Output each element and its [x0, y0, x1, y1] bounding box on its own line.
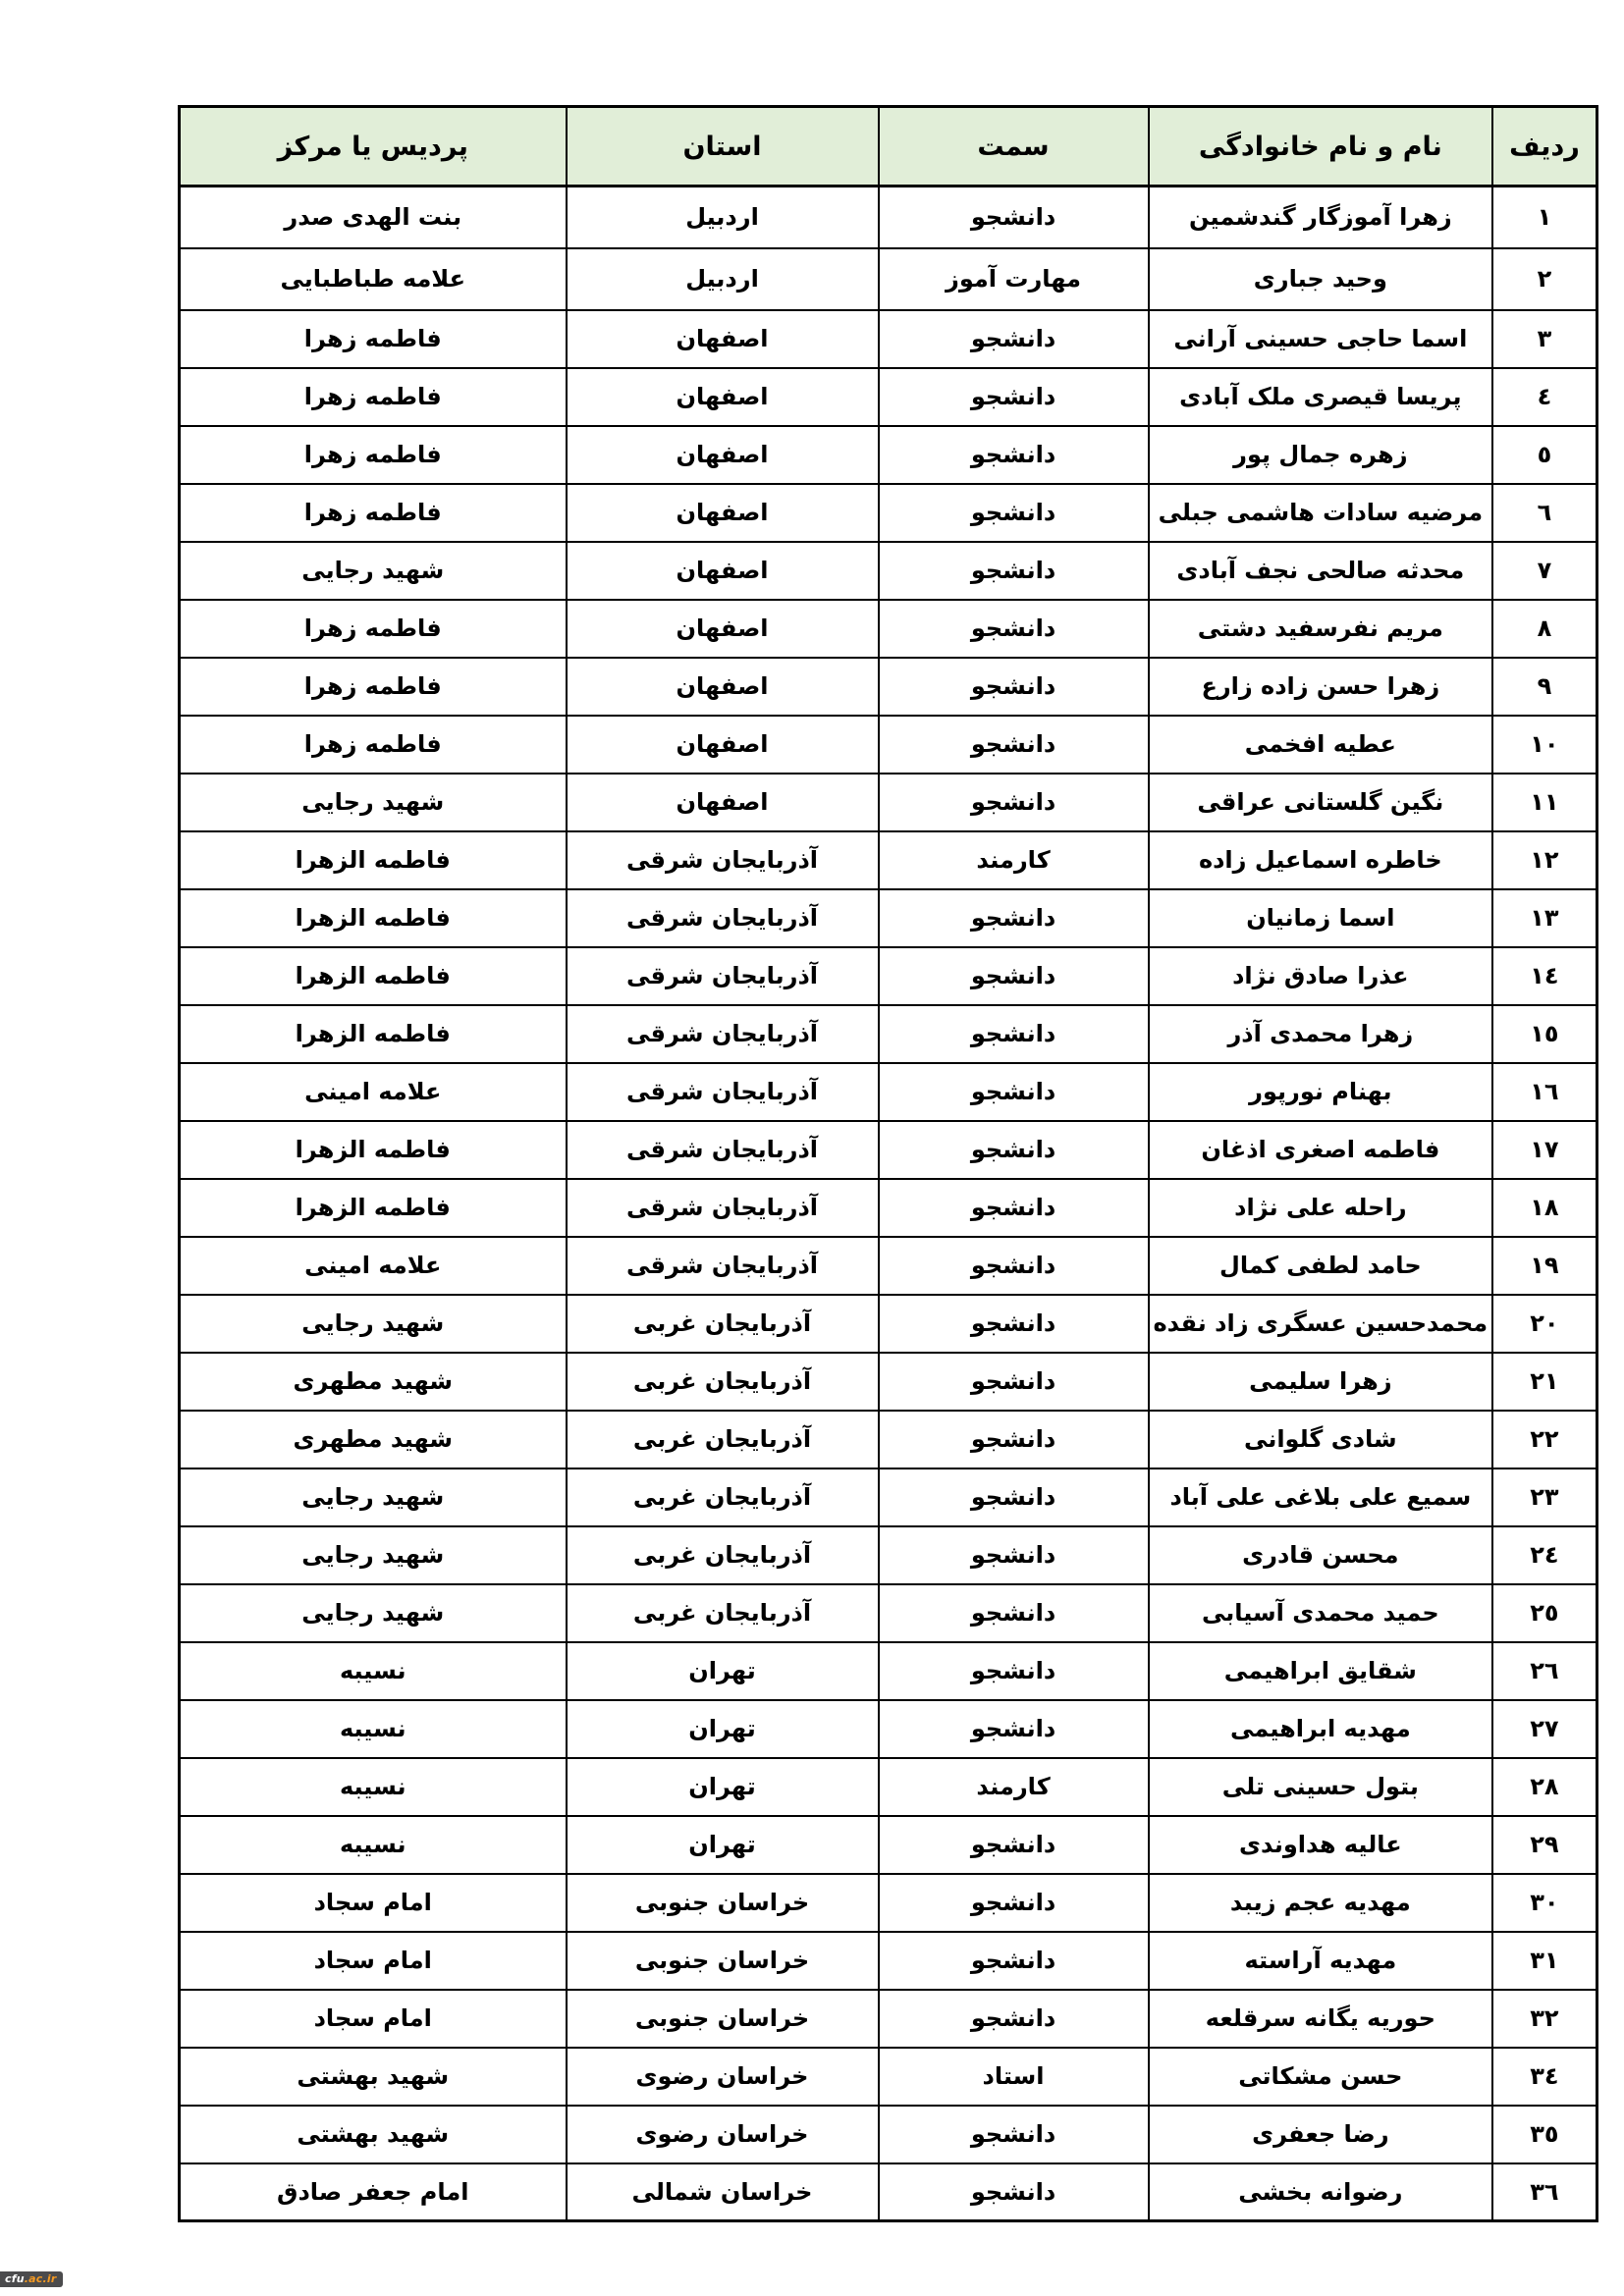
campus-cell: شهید رجایی [180, 1295, 567, 1353]
campus-cell: فاطمه الزهرا [180, 889, 567, 947]
row-index-cell: ۲۲ [1492, 1411, 1597, 1468]
campus-cell: فاطمه زهرا [180, 310, 567, 368]
province-cell: آذربایجان شرقی [567, 1179, 879, 1237]
row-index-cell: ۹ [1492, 658, 1597, 716]
position-cell: دانشجو [879, 947, 1149, 1005]
campus-cell: فاطمه زهرا [180, 426, 567, 484]
table-row: ۳۱ مهدیه آراسته دانشجو خراسان جنوبی امام… [180, 1932, 1597, 1990]
full-name-cell: بتول حسینی تلی [1149, 1758, 1493, 1816]
column-header-radif: ردیف [1492, 107, 1597, 187]
table-row: ۳۰ مهدیه عجم زیبد دانشجو خراسان جنوبی ام… [180, 1874, 1597, 1932]
full-name-cell: مهدیه آراسته [1149, 1932, 1493, 1990]
row-index-cell: ۲۰ [1492, 1295, 1597, 1353]
campus-cell: شهید رجایی [180, 1584, 567, 1642]
campus-cell: نسیبه [180, 1758, 567, 1816]
campus-cell: امام سجاد [180, 1932, 567, 1990]
table-row: ۲۹ عالیه هداوندی دانشجو تهران نسیبه [180, 1816, 1597, 1874]
column-header-position: سمت [879, 107, 1149, 187]
full-name-cell: حوریه یگانه سرقلعه [1149, 1990, 1493, 2048]
row-index-cell: ۳٦ [1492, 2163, 1597, 2221]
full-name-cell: محسن قادری [1149, 1526, 1493, 1584]
campus-cell: شهید رجایی [180, 1526, 567, 1584]
table-row: ۷ محدثه صالحی نجف آبادی دانشجو اصفهان شه… [180, 542, 1597, 600]
province-cell: اردبیل [567, 248, 879, 310]
province-cell: اردبیل [567, 187, 879, 248]
full-name-cell: زهرا سلیمی [1149, 1353, 1493, 1411]
full-name-cell: مرضیه سادات هاشمی جبلی [1149, 484, 1493, 542]
position-cell: دانشجو [879, 1005, 1149, 1063]
row-index-cell: ۲۷ [1492, 1700, 1597, 1758]
full-name-cell: مهدیه ابراهیمی [1149, 1700, 1493, 1758]
position-cell: دانشجو [879, 1584, 1149, 1642]
position-cell: کارمند [879, 1758, 1149, 1816]
watermark-prefix: cfu [5, 2272, 25, 2285]
province-cell: آذربایجان غربی [567, 1468, 879, 1526]
scanned-document-page: { "table": { "header": { "bg": "#e1eed8"… [0, 0, 1624, 2296]
campus-cell: بنت الهدی صدر [180, 187, 567, 248]
table-row: ۲۱ زهرا سلیمی دانشجو آذربایجان غربی شهید… [180, 1353, 1597, 1411]
campus-cell: علامه امینی [180, 1237, 567, 1295]
row-index-cell: ۱۸ [1492, 1179, 1597, 1237]
full-name-cell: زهرا حسن زاده زارع [1149, 658, 1493, 716]
row-index-cell: ۲۱ [1492, 1353, 1597, 1411]
full-name-cell: رضوانه بخشی [1149, 2163, 1493, 2221]
row-index-cell: ۳۰ [1492, 1874, 1597, 1932]
position-cell: دانشجو [879, 1700, 1149, 1758]
position-cell: دانشجو [879, 1816, 1149, 1874]
province-cell: آذربایجان غربی [567, 1526, 879, 1584]
province-cell: خراسان جنوبی [567, 1932, 879, 1990]
row-index-cell: ۱۳ [1492, 889, 1597, 947]
row-index-cell: ۱٤ [1492, 947, 1597, 1005]
table-row: ۳ اسما حاجی حسینی آرانی دانشجو اصفهان فا… [180, 310, 1597, 368]
full-name-cell: شادی گلوانی [1149, 1411, 1493, 1468]
province-cell: آذربایجان غربی [567, 1411, 879, 1468]
campus-cell: امام جعفر صادق [180, 2163, 567, 2221]
row-index-cell: ۱۹ [1492, 1237, 1597, 1295]
province-cell: اصفهان [567, 658, 879, 716]
province-cell: آذربایجان شرقی [567, 831, 879, 889]
row-index-cell: ۲۹ [1492, 1816, 1597, 1874]
campus-cell: علامه امینی [180, 1063, 567, 1121]
province-cell: آذربایجان شرقی [567, 1121, 879, 1179]
position-cell: دانشجو [879, 1121, 1149, 1179]
full-name-cell: محدثه صالحی نجف آبادی [1149, 542, 1493, 600]
table-row: ۱۱ نگین گلستانی عراقی دانشجو اصفهان شهید… [180, 774, 1597, 831]
position-cell: دانشجو [879, 2106, 1149, 2163]
row-index-cell: ۱۱ [1492, 774, 1597, 831]
table-row: ۱۲ خاطره اسماعیل زاده کارمند آذربایجان ش… [180, 831, 1597, 889]
full-name-cell: زهرا آموزگار گندشمین [1149, 187, 1493, 248]
position-cell: دانشجو [879, 1990, 1149, 2048]
full-name-cell: زهرا محمدی آذر [1149, 1005, 1493, 1063]
position-cell: دانشجو [879, 1179, 1149, 1237]
province-cell: اصفهان [567, 542, 879, 600]
table-row: ۱۰ عطیه افخمی دانشجو اصفهان فاطمه زهرا [180, 716, 1597, 774]
row-index-cell: ۱۲ [1492, 831, 1597, 889]
full-name-cell: حامد لطفی کمال [1149, 1237, 1493, 1295]
province-cell: آذربایجان شرقی [567, 1237, 879, 1295]
column-header-name: نام و نام خانوادگی [1149, 107, 1493, 187]
table-row: ۱۹ حامد لطفی کمال دانشجو آذربایجان شرقی … [180, 1237, 1597, 1295]
full-name-cell: عطیه افخمی [1149, 716, 1493, 774]
row-index-cell: ۱٦ [1492, 1063, 1597, 1121]
full-name-cell: مهدیه عجم زیبد [1149, 1874, 1493, 1932]
table-row: ۱۳ اسما زمانیان دانشجو آذربایجان شرقی فا… [180, 889, 1597, 947]
row-index-cell: ۲٦ [1492, 1642, 1597, 1700]
province-cell: تهران [567, 1758, 879, 1816]
province-cell: اصفهان [567, 600, 879, 658]
province-cell: آذربایجان شرقی [567, 1005, 879, 1063]
position-cell: دانشجو [879, 1874, 1149, 1932]
row-index-cell: ٥ [1492, 426, 1597, 484]
province-cell: خراسان جنوبی [567, 1874, 879, 1932]
full-name-cell: حسن مشکاتی [1149, 2048, 1493, 2106]
province-cell: تهران [567, 1816, 879, 1874]
row-index-cell: ۳۲ [1492, 1990, 1597, 2048]
position-cell: دانشجو [879, 2163, 1149, 2221]
campus-cell: شهید رجایی [180, 1468, 567, 1526]
position-cell: دانشجو [879, 1411, 1149, 1468]
row-index-cell: ۲۸ [1492, 1758, 1597, 1816]
full-name-cell: سمیع علی بلاغی علی آباد [1149, 1468, 1493, 1526]
position-cell: دانشجو [879, 716, 1149, 774]
table-row: ٦ مرضیه سادات هاشمی جبلی دانشجو اصفهان ف… [180, 484, 1597, 542]
table-row: ۸ مریم نفرسفید دشتی دانشجو اصفهان فاطمه … [180, 600, 1597, 658]
row-index-cell: ۱ [1492, 187, 1597, 248]
province-cell: خراسان رضوی [567, 2048, 879, 2106]
province-cell: اصفهان [567, 368, 879, 426]
column-header-province: استان [567, 107, 879, 187]
position-cell: دانشجو [879, 368, 1149, 426]
full-name-cell: شقایق ابراهیمی [1149, 1642, 1493, 1700]
campus-cell: نسیبه [180, 1816, 567, 1874]
province-cell: اصفهان [567, 310, 879, 368]
full-name-cell: مریم نفرسفید دشتی [1149, 600, 1493, 658]
position-cell: دانشجو [879, 484, 1149, 542]
campus-cell: نسیبه [180, 1642, 567, 1700]
table-row: ۲۸ بتول حسینی تلی کارمند تهران نسیبه [180, 1758, 1597, 1816]
campus-cell: امام سجاد [180, 1990, 567, 2048]
position-cell: دانشجو [879, 1468, 1149, 1526]
province-cell: آذربایجان شرقی [567, 947, 879, 1005]
full-name-cell: عذرا صادق نژاد [1149, 947, 1493, 1005]
province-cell: آذربایجان غربی [567, 1584, 879, 1642]
province-cell: خراسان شمالی [567, 2163, 879, 2221]
position-cell: دانشجو [879, 1237, 1149, 1295]
position-cell: دانشجو [879, 187, 1149, 248]
row-index-cell: ۳ [1492, 310, 1597, 368]
campus-cell: فاطمه الزهرا [180, 1179, 567, 1237]
position-cell: مهارت آموز [879, 248, 1149, 310]
province-cell: آذربایجان غربی [567, 1295, 879, 1353]
full-name-cell: محمدحسین عسگری زاد نقده [1149, 1295, 1493, 1353]
full-name-cell: زهره جمال پور [1149, 426, 1493, 484]
full-name-cell: فاطمه اصغری اذغان [1149, 1121, 1493, 1179]
province-cell: خراسان جنوبی [567, 1990, 879, 2048]
campus-cell: امام سجاد [180, 1874, 567, 1932]
table-row: ۳٥ رضا جعفری دانشجو خراسان رضوی شهید بهش… [180, 2106, 1597, 2163]
position-cell: دانشجو [879, 1063, 1149, 1121]
campus-cell: شهید بهشتی [180, 2106, 567, 2163]
position-cell: دانشجو [879, 1642, 1149, 1700]
campus-cell: شهید مطهری [180, 1411, 567, 1468]
full-name-cell: عالیه هداوندی [1149, 1816, 1493, 1874]
full-name-cell: نگین گلستانی عراقی [1149, 774, 1493, 831]
table-row: ٥ زهره جمال پور دانشجو اصفهان فاطمه زهرا [180, 426, 1597, 484]
roster-table-wrap: ردیف نام و نام خانوادگی سمت استان پردیس … [178, 105, 1598, 2222]
position-cell: دانشجو [879, 774, 1149, 831]
table-row: ۱۸ راحله علی نژاد دانشجو آذربایجان شرقی … [180, 1179, 1597, 1237]
full-name-cell: وحید جباری [1149, 248, 1493, 310]
full-name-cell: خاطره اسماعیل زاده [1149, 831, 1493, 889]
campus-cell: فاطمه زهرا [180, 368, 567, 426]
table-row: ۲٦ شقایق ابراهیمی دانشجو تهران نسیبه [180, 1642, 1597, 1700]
position-cell: دانشجو [879, 1353, 1149, 1411]
table-row: ۳۲ حوریه یگانه سرقلعه دانشجو خراسان جنوب… [180, 1990, 1597, 2048]
province-cell: خراسان رضوی [567, 2106, 879, 2163]
row-index-cell: ۳٤ [1492, 2048, 1597, 2106]
table-row: ۲۳ سمیع علی بلاغی علی آباد دانشجو آذربای… [180, 1468, 1597, 1526]
province-cell: اصفهان [567, 774, 879, 831]
position-cell: دانشجو [879, 889, 1149, 947]
position-cell: استاد [879, 2048, 1149, 2106]
campus-cell: شهید بهشتی [180, 2048, 567, 2106]
position-cell: دانشجو [879, 542, 1149, 600]
full-name-cell: پریسا قیصری ملک آبادی [1149, 368, 1493, 426]
table-row: ۹ زهرا حسن زاده زارع دانشجو اصفهان فاطمه… [180, 658, 1597, 716]
campus-cell: شهید مطهری [180, 1353, 567, 1411]
full-name-cell: راحله علی نژاد [1149, 1179, 1493, 1237]
row-index-cell: ۱٥ [1492, 1005, 1597, 1063]
row-index-cell: ۱۷ [1492, 1121, 1597, 1179]
campus-cell: شهید رجایی [180, 542, 567, 600]
province-cell: آذربایجان غربی [567, 1353, 879, 1411]
position-cell: دانشجو [879, 1526, 1149, 1584]
column-header-campus: پردیس یا مرکز [180, 107, 567, 187]
row-index-cell: ۳٥ [1492, 2106, 1597, 2163]
row-index-cell: ۲۳ [1492, 1468, 1597, 1526]
full-name-cell: رضا جعفری [1149, 2106, 1493, 2163]
row-index-cell: ۷ [1492, 542, 1597, 600]
participants-table: ردیف نام و نام خانوادگی سمت استان پردیس … [178, 105, 1598, 2222]
row-index-cell: ۳۱ [1492, 1932, 1597, 1990]
position-cell: دانشجو [879, 426, 1149, 484]
full-name-cell: اسما زمانیان [1149, 889, 1493, 947]
campus-cell: فاطمه الزهرا [180, 947, 567, 1005]
campus-cell: فاطمه الزهرا [180, 1121, 567, 1179]
table-row: ۱۷ فاطمه اصغری اذغان دانشجو آذربایجان شر… [180, 1121, 1597, 1179]
province-cell: تهران [567, 1700, 879, 1758]
campus-cell: فاطمه زهرا [180, 484, 567, 542]
position-cell: دانشجو [879, 1932, 1149, 1990]
header-row: ردیف نام و نام خانوادگی سمت استان پردیس … [180, 107, 1597, 187]
site-watermark: cfu.ac.ir [0, 2271, 63, 2287]
position-cell: دانشجو [879, 658, 1149, 716]
table-row: ۱٥ زهرا محمدی آذر دانشجو آذربایجان شرقی … [180, 1005, 1597, 1063]
table-row: ۲٤ محسن قادری دانشجو آذربایجان غربی شهید… [180, 1526, 1597, 1584]
table-body: ۱ زهرا آموزگار گندشمین دانشجو اردبیل بنت… [180, 187, 1597, 2221]
position-cell: دانشجو [879, 1295, 1149, 1353]
table-row: ۱٦ بهنام نورپور دانشجو آذربایجان شرقی عل… [180, 1063, 1597, 1121]
province-cell: آذربایجان شرقی [567, 889, 879, 947]
row-index-cell: ٤ [1492, 368, 1597, 426]
campus-cell: فاطمه زهرا [180, 658, 567, 716]
table-row: ۲٥ حمید محمدی آسیابی دانشجو آذربایجان غر… [180, 1584, 1597, 1642]
table-row: ۱٤ عذرا صادق نژاد دانشجو آذربایجان شرقی … [180, 947, 1597, 1005]
province-cell: اصفهان [567, 484, 879, 542]
campus-cell: فاطمه زهرا [180, 600, 567, 658]
row-index-cell: ٦ [1492, 484, 1597, 542]
campus-cell: فاطمه الزهرا [180, 831, 567, 889]
campus-cell: شهید رجایی [180, 774, 567, 831]
table-row: ۲ وحید جباری مهارت آموز اردبیل علامه طبا… [180, 248, 1597, 310]
position-cell: دانشجو [879, 600, 1149, 658]
campus-cell: فاطمه الزهرا [180, 1005, 567, 1063]
position-cell: دانشجو [879, 310, 1149, 368]
row-index-cell: ۸ [1492, 600, 1597, 658]
full-name-cell: حمید محمدی آسیابی [1149, 1584, 1493, 1642]
table-row: ۱ زهرا آموزگار گندشمین دانشجو اردبیل بنت… [180, 187, 1597, 248]
campus-cell: علامه طباطبایی [180, 248, 567, 310]
table-row: ۳٦ رضوانه بخشی دانشجو خراسان شمالی امام … [180, 2163, 1597, 2221]
table-header: ردیف نام و نام خانوادگی سمت استان پردیس … [180, 107, 1597, 187]
row-index-cell: ۲٥ [1492, 1584, 1597, 1642]
table-row: ۲۰ محمدحسین عسگری زاد نقده دانشجو آذربای… [180, 1295, 1597, 1353]
table-row: ۲۲ شادی گلوانی دانشجو آذربایجان غربی شهی… [180, 1411, 1597, 1468]
watermark-suffix: .ac.ir [25, 2272, 57, 2285]
table-row: ۳٤ حسن مشکاتی استاد خراسان رضوی شهید بهش… [180, 2048, 1597, 2106]
province-cell: تهران [567, 1642, 879, 1700]
position-cell: کارمند [879, 831, 1149, 889]
province-cell: اصفهان [567, 716, 879, 774]
row-index-cell: ۱۰ [1492, 716, 1597, 774]
full-name-cell: بهنام نورپور [1149, 1063, 1493, 1121]
province-cell: آذربایجان شرقی [567, 1063, 879, 1121]
campus-cell: فاطمه زهرا [180, 716, 567, 774]
table-row: ٤ پریسا قیصری ملک آبادی دانشجو اصفهان فا… [180, 368, 1597, 426]
row-index-cell: ۲٤ [1492, 1526, 1597, 1584]
campus-cell: نسیبه [180, 1700, 567, 1758]
table-row: ۲۷ مهدیه ابراهیمی دانشجو تهران نسیبه [180, 1700, 1597, 1758]
row-index-cell: ۲ [1492, 248, 1597, 310]
province-cell: اصفهان [567, 426, 879, 484]
full-name-cell: اسما حاجی حسینی آرانی [1149, 310, 1493, 368]
